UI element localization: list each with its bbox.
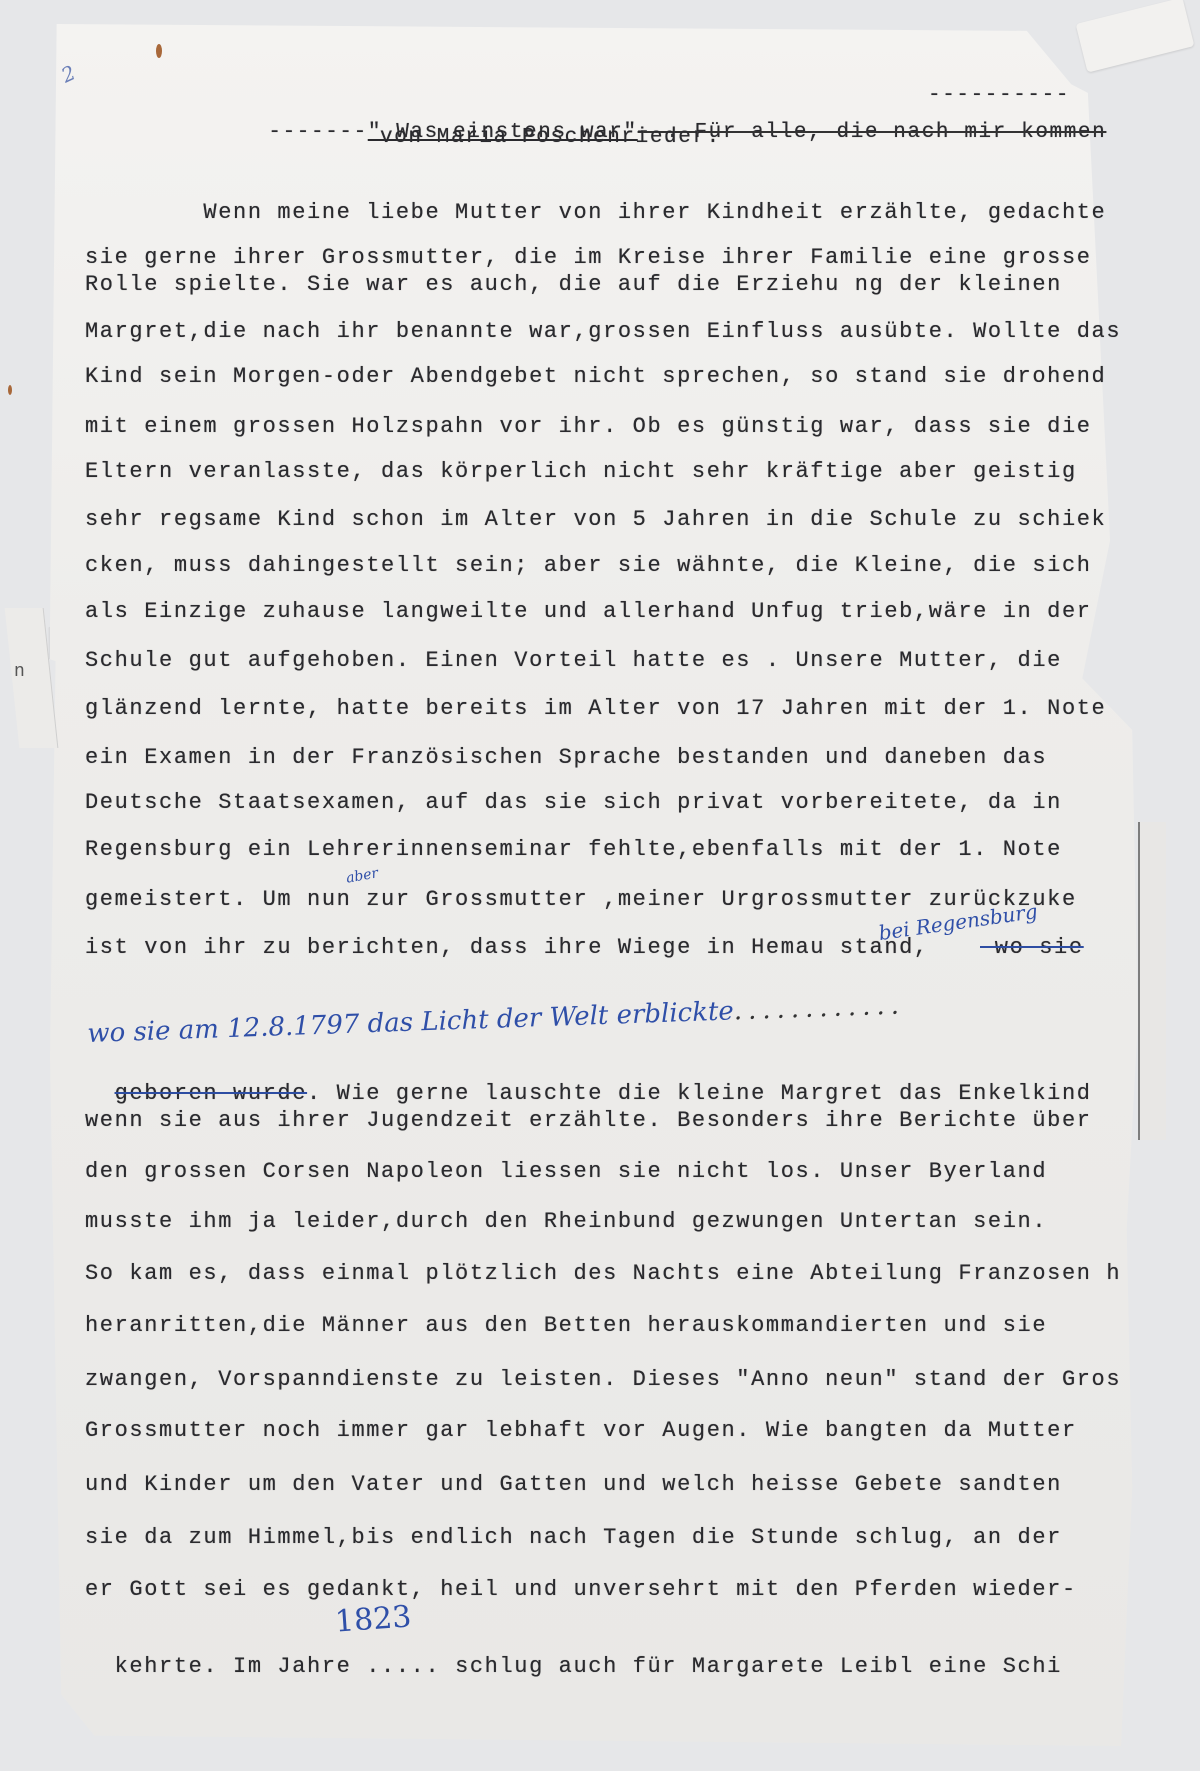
body-line: gemeistert. Um nun zur Grossmutter ,mein… (85, 887, 1077, 912)
body-line: den grossen Corsen Napoleon liessen sie … (85, 1159, 1047, 1184)
body-line: Kind sein Morgen-oder Abendgebet nicht s… (85, 364, 1106, 389)
rust-stain (156, 44, 162, 58)
body-line: Schule gut aufgehoben. Einen Vorteil hat… (85, 648, 1062, 673)
body-line: und Kinder um den Vater und Gatten und w… (85, 1472, 1062, 1497)
body-line: er Gott sei es gedankt, heil und unverse… (85, 1577, 1077, 1602)
handwritten-year: 1823 (334, 1599, 413, 1639)
author-byline: von Maria Poschenrieder. (380, 126, 721, 149)
body-line: cken, muss dahingestellt sein; aber sie … (85, 553, 1092, 578)
body-line: Deutsche Staatsexamen, auf das sie sich … (85, 790, 1062, 815)
folded-edge (1138, 822, 1166, 1140)
body-line: Rolle spielte. Sie war es auch, die auf … (85, 272, 1062, 297)
body-line: glänzend lernte, hatte bereits im Alter … (85, 696, 1106, 721)
body-line: als Einzige zuhause langweilte und aller… (85, 599, 1092, 624)
struck-text-wo-sie: wo sie (980, 935, 1084, 960)
rust-stain (8, 385, 12, 395)
body-line: heranritten,die Männer aus den Betten he… (85, 1313, 1047, 1338)
body-line: Grossmutter noch immer gar lebhaft vor A… (85, 1418, 1077, 1443)
title-overline-dashes: ---------- (928, 84, 1070, 107)
body-line-last: kehrte. Im Jahre ..... schlug auch für M… (85, 1629, 1062, 1679)
body-line: ein Examen in der Französischen Sprache … (85, 745, 1047, 770)
struck-text-geboren: geboren wurde (115, 1081, 307, 1106)
body-line: sie da zum Himmel,bis endlich nach Tagen… (85, 1525, 1062, 1550)
body-line: Eltern veranlasste, das körperlich nicht… (85, 459, 1077, 484)
body-line: wenn sie aus ihrer Jugendzeit erzählte. … (85, 1108, 1092, 1133)
body-line: sie gerne ihrer Grossmutter, die im Krei… (85, 245, 1092, 270)
body-line: mit einem grossen Holzspahn vor ihr. Ob … (85, 414, 1092, 439)
margin-mark: n (14, 662, 25, 682)
body-line: Wenn meine liebe Mutter von ihrer Kindhe… (85, 200, 1106, 225)
dotted-leader: ............ (733, 990, 905, 1026)
last-line-prefix: kehrte. Im Jahre (115, 1654, 367, 1679)
body-line: Regensburg ein Lehrerinnenseminar fehlte… (85, 837, 1062, 862)
body-line: sehr regsame Kind schon im Alter von 5 J… (85, 507, 1106, 532)
body-line: musste ihm ja leider,durch den Rheinbund… (85, 1209, 1047, 1234)
body-line: Margret,die nach ihr benannte war,grosse… (85, 319, 1121, 344)
paper-corner-curl (1076, 0, 1195, 73)
title-leader: ------- (268, 121, 367, 144)
body-line: zwangen, Vorspanndienste zu leisten. Die… (85, 1367, 1121, 1392)
body-line-text: . Wie gerne lauschte die kleine Margret … (307, 1081, 1092, 1106)
last-line-suffix: schlug auch für Margarete Leibl eine Sch… (440, 1654, 1062, 1679)
body-line: So kam es, dass einmal plötzlich des Nac… (85, 1261, 1121, 1286)
body-line: geboren wurde. Wie gerne lauschte die kl… (85, 1056, 1092, 1106)
year-dots: ..... (366, 1654, 440, 1679)
body-line: ist von ihr zu berichten, dass ihre Wieg… (85, 935, 929, 960)
